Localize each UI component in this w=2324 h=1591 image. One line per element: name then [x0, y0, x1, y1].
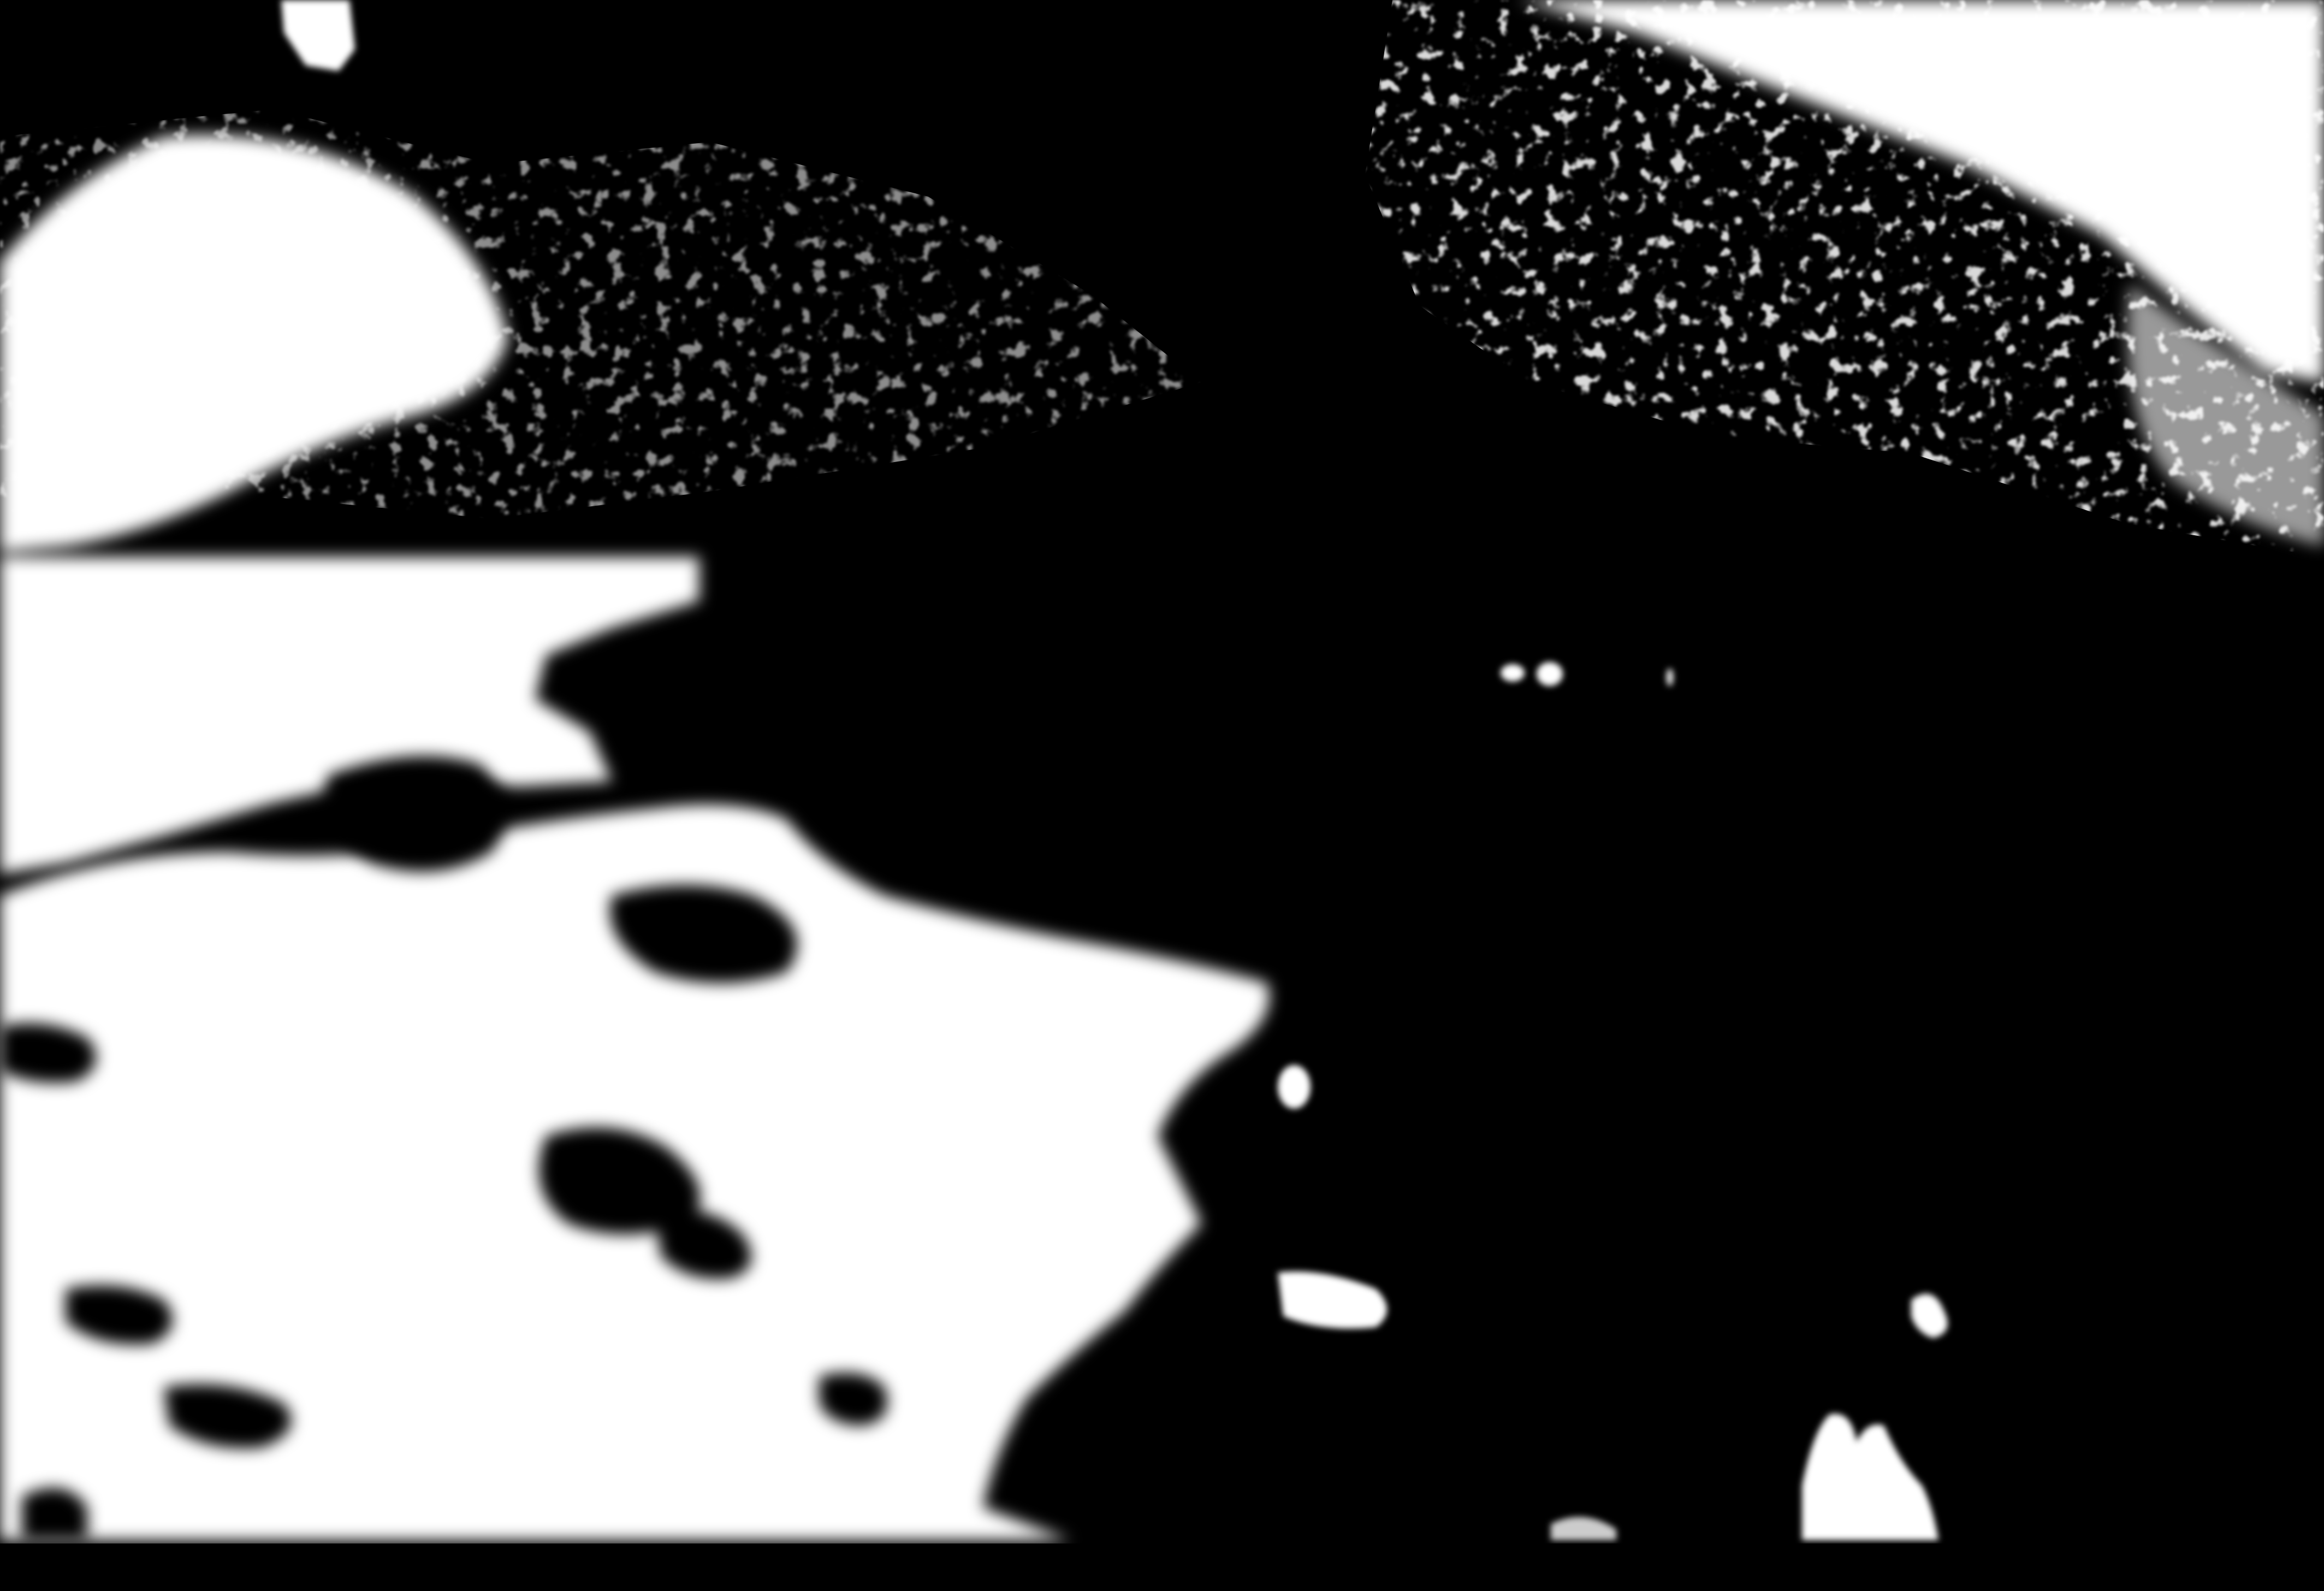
photograph	[0, 0, 2324, 1591]
bottom-black-band	[0, 1543, 2324, 1591]
